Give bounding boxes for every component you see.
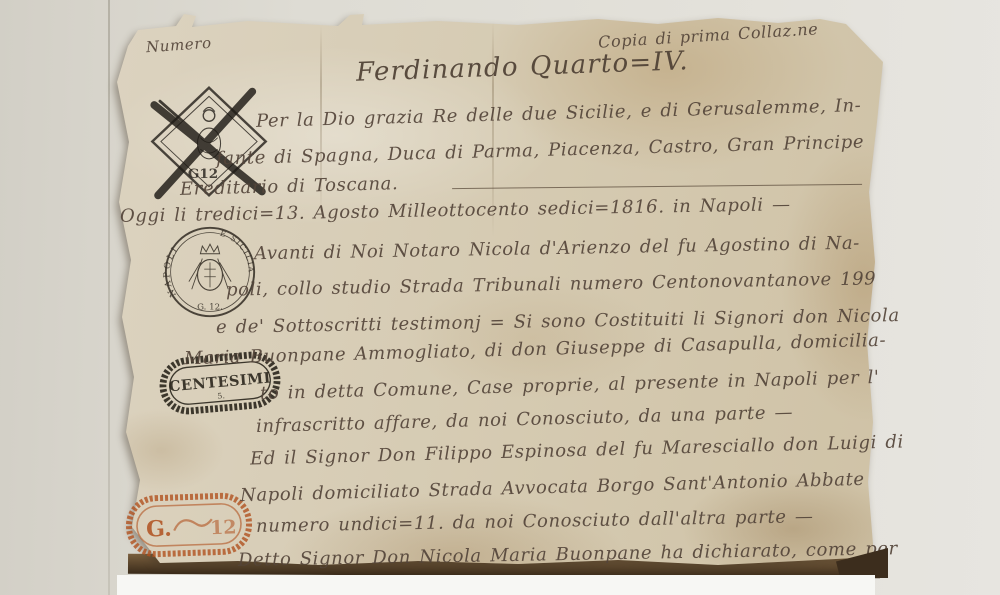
round-stamp-denomination: G. 12.: [197, 302, 223, 312]
red-stamp-prefix: G.: [146, 516, 173, 543]
round-napoli-sicilia-stamp: NAPOLI E SICILIA G. 12.: [162, 224, 258, 320]
svg-text:E SICILIA: E SICILIA: [219, 229, 256, 274]
round-stamp-text-sicilia: E SICILIA: [219, 229, 256, 274]
red-revenue-stamp: G. 12: [123, 490, 255, 560]
centesimi-stamp-value: 5.: [217, 391, 225, 401]
round-stamp-text-napoli: NAPOLI: [162, 244, 181, 298]
svg-text:NAPOLI: NAPOLI: [162, 244, 181, 298]
red-stamp-value: 12: [210, 516, 237, 539]
background-seam: [108, 0, 110, 595]
white-sheet-strip: [117, 575, 875, 595]
photo-of-manuscript: G12 NAPOLI E SICILIA G. 12.: [0, 0, 1000, 595]
